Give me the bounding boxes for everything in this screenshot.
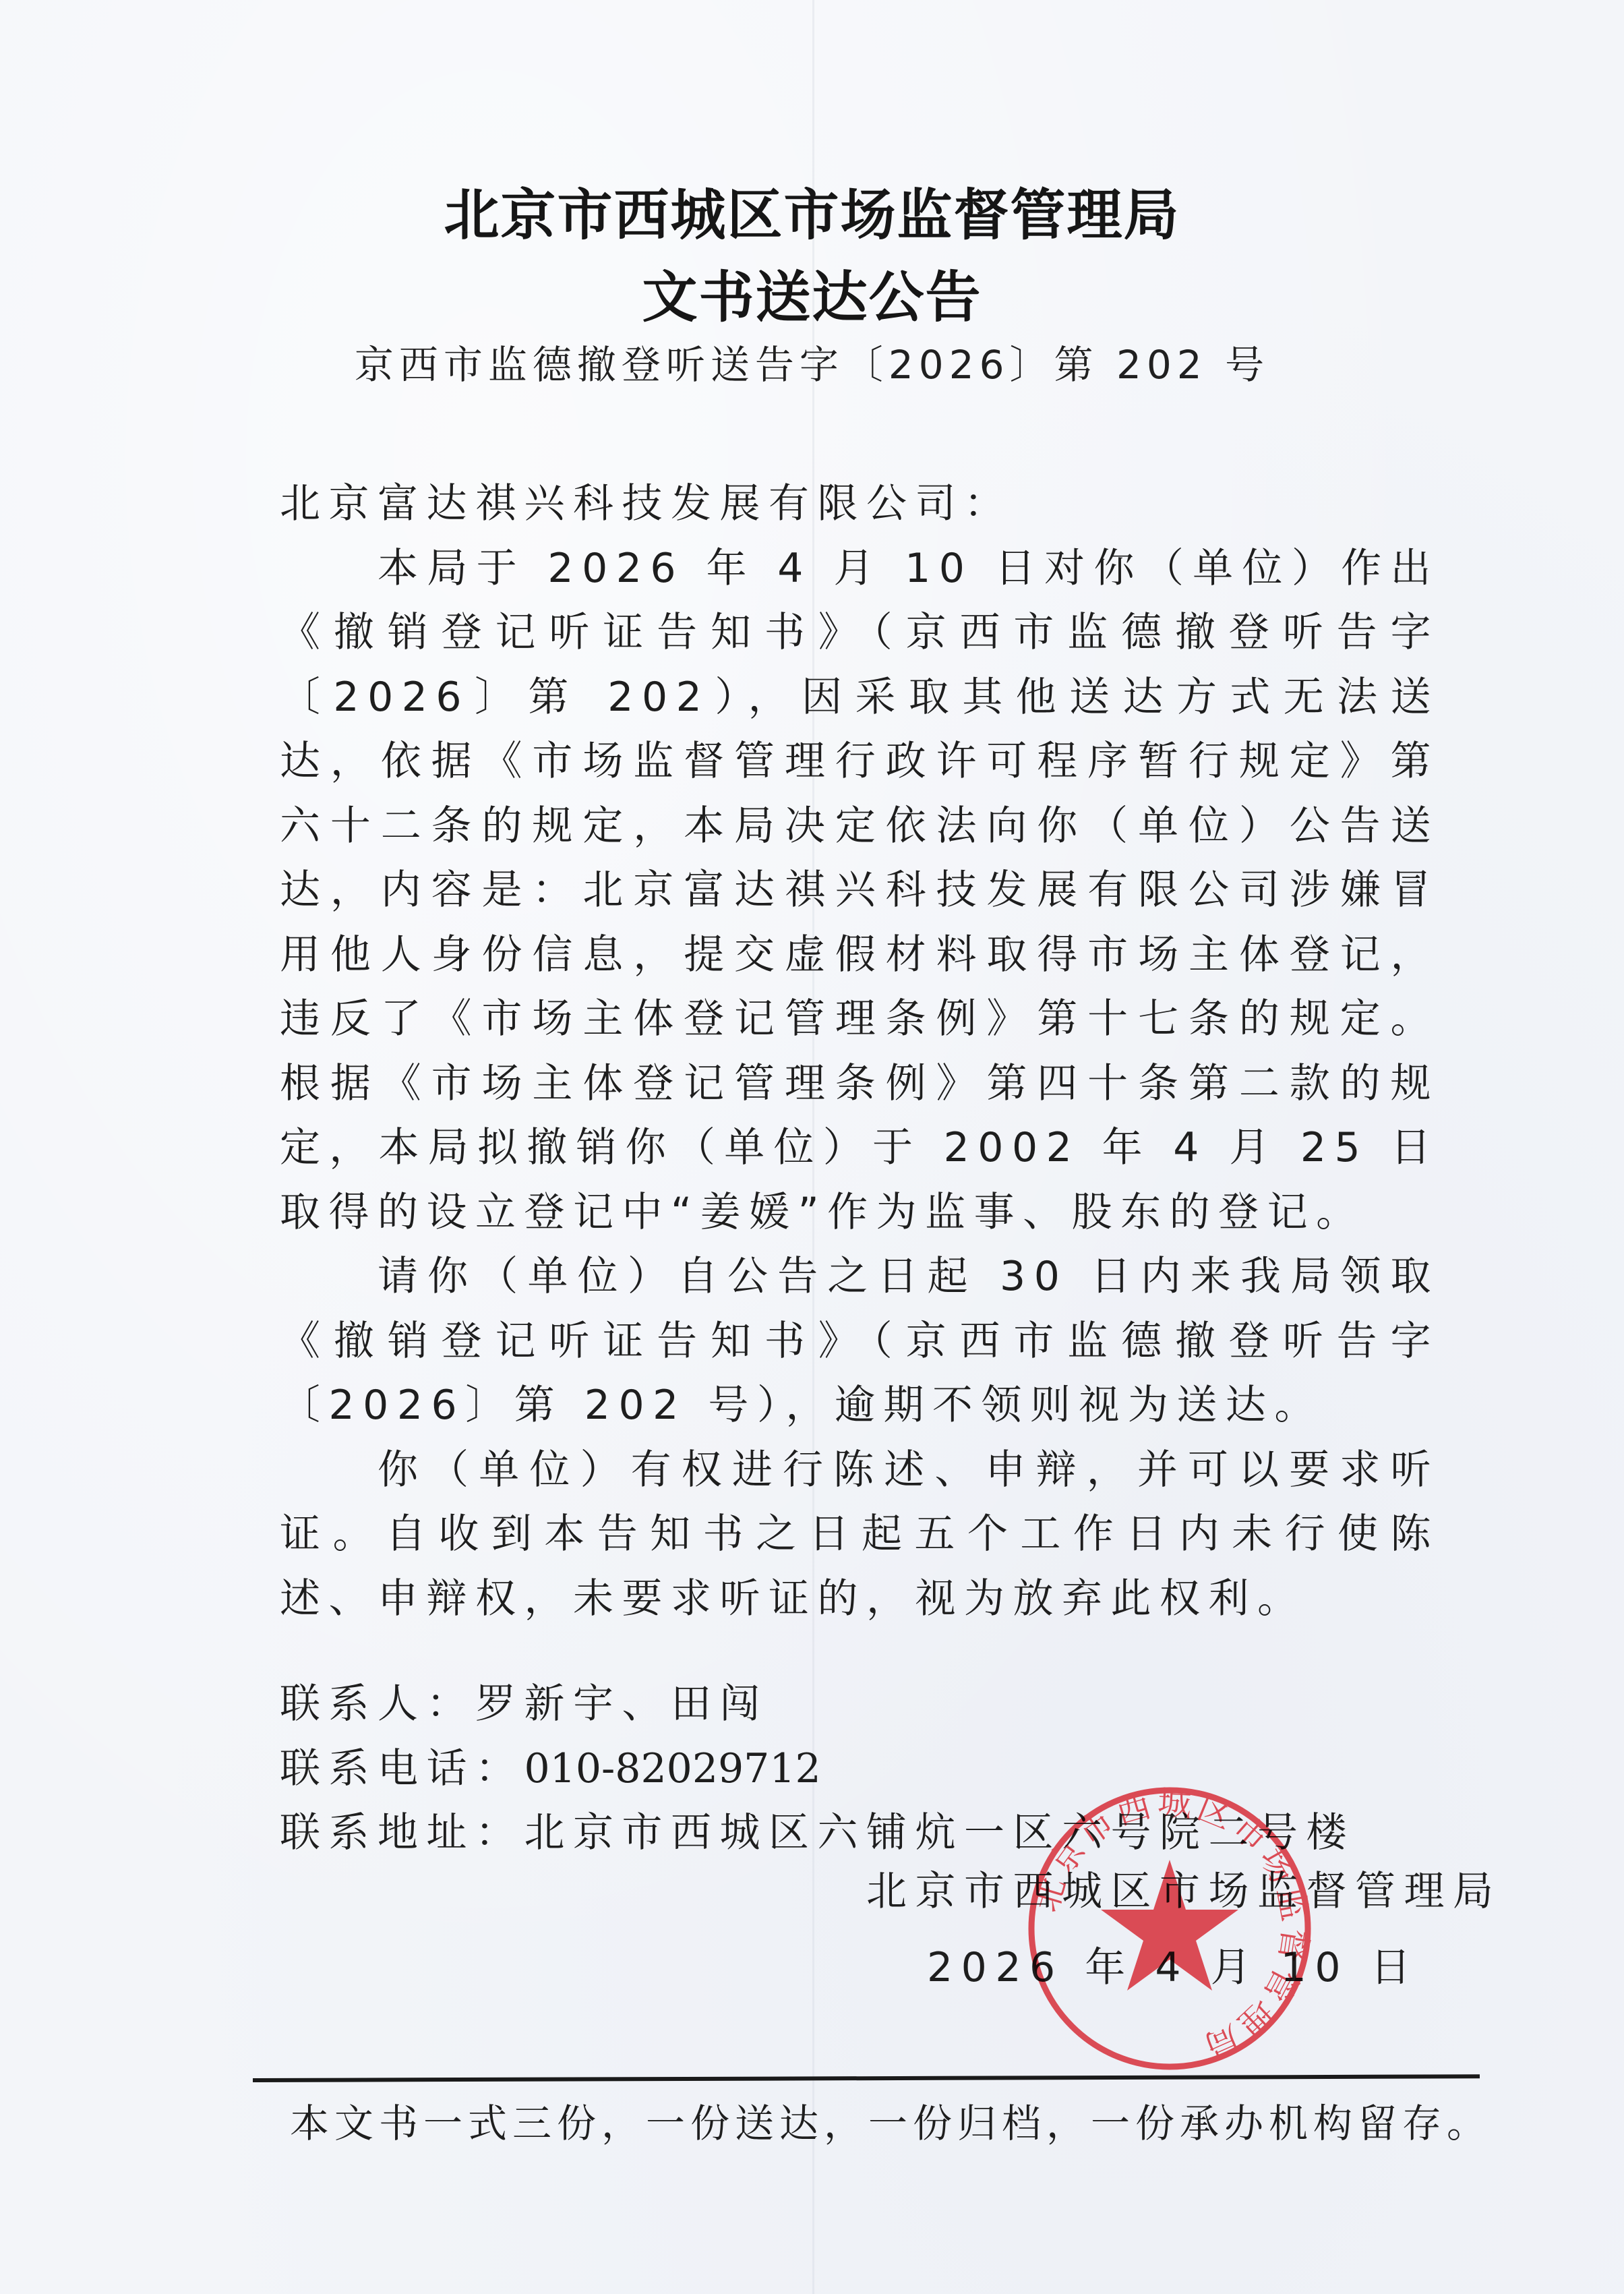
contact-person-label: 联系人：	[280, 1680, 475, 1728]
issue-date: 2026 年 4 月 10 日	[927, 1947, 1419, 1988]
salutation: 北京富达祺兴科技发展有限公司：	[280, 472, 1439, 537]
contact-address-row: 联系地址：北京市西城区六铺炕一区六号院二号楼	[280, 1801, 1355, 1866]
paragraph-rights: 你（单位）有权进行陈述、申辩，并可以要求听证。自收到本告知书之日起五个工作日内未…	[280, 1438, 1439, 1632]
contact-address-value: 北京市西城区六铺炕一区六号院二号楼	[524, 1809, 1356, 1856]
document-page: 北京市西城区市场监督管理局 文书送达公告 京西市监德撤登听送告字〔2026〕第 …	[0, 0, 1624, 2294]
contact-phone-value: 010-82029712	[524, 1745, 821, 1792]
document-title-agency: 北京市西城区市场监督管理局	[0, 187, 1624, 243]
footer-divider	[253, 2074, 1480, 2082]
contact-person-row: 联系人：罗新宇、田闯	[280, 1672, 1355, 1737]
contact-address-label: 联系地址：	[280, 1809, 524, 1856]
paragraph-notice: 本局于 2026 年 4 月 10 日对你（单位）作出《撤销登记听证告知书》（京…	[280, 537, 1439, 1245]
footnote: 本文书一式三份，一份送达，一份归档，一份承办机构留存。	[290, 2104, 1491, 2143]
contact-block: 联系人：罗新宇、田闯 联系电话：010-82029712 联系地址：北京市西城区…	[280, 1672, 1355, 1866]
paragraph-collection: 请你（单位）自公告之日起 30 日内来我局领取《撤销登记听证告知书》（京西市监德…	[280, 1245, 1439, 1438]
document-number: 京西市监德撤登听送告字〔2026〕第 202 号	[0, 345, 1624, 384]
issuer-signature: 北京市西城区市场监督管理局	[866, 1871, 1502, 1912]
document-title-type: 文书送达公告	[0, 270, 1624, 325]
contact-phone-row: 联系电话：010-82029712	[280, 1737, 1355, 1802]
document-body: 北京富达祺兴科技发展有限公司： 本局于 2026 年 4 月 10 日对你（单位…	[280, 472, 1439, 1631]
contact-phone-label: 联系电话：	[280, 1745, 524, 1792]
contact-person-value: 罗新宇、田闯	[475, 1680, 769, 1728]
